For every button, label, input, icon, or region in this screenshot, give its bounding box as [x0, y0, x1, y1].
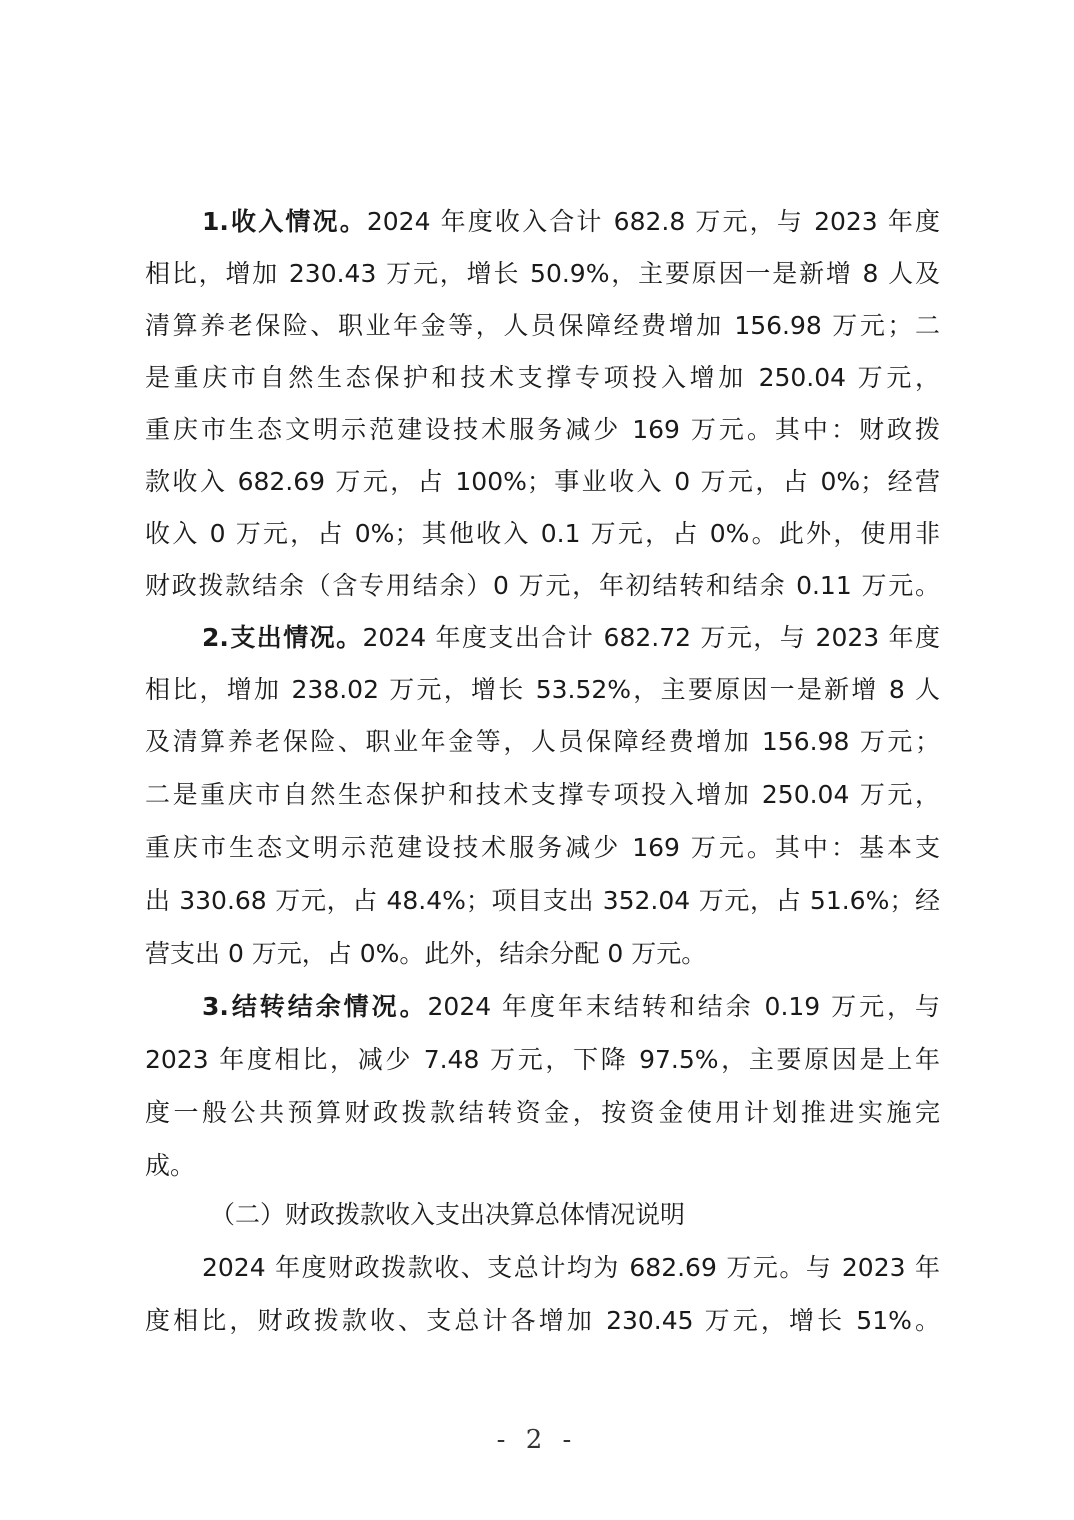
expenditure-paragraph-line-6: 出 330.68 万元，占 48.4%；项目支出 352.04 万元，占 51.…	[145, 881, 940, 921]
income-paragraph-line-8: 财政拨款结余（含专用结余）0 万元，年初结转和结余 0.11 万元。	[145, 566, 940, 606]
expenditure-paragraph-line-4: 二是重庆市自然生态保护和技术支撑专项投入增加 250.04 万元，	[145, 775, 940, 815]
expenditure-paragraph-line-2: 相比，增加 238.02 万元，增长 53.52%，主要原因一是新增 8 人	[145, 670, 940, 710]
carryover-heading: 3.结转结余情况。	[202, 992, 428, 1021]
income-paragraph-line-3: 清算养老保险、职业年金等，人员保障经费增加 156.98 万元；二	[145, 306, 940, 346]
income-paragraph-line-5: 重庆市生态文明示范建设技术服务减少 169 万元。其中：财政拨	[145, 410, 940, 450]
expenditure-paragraph-line-7: 营支出 0 万元，占 0%。此外，结余分配 0 万元。	[145, 934, 940, 974]
page-number: - 2 -	[0, 1425, 1074, 1455]
income-paragraph-line-1: 1.收入情况。2024 年度收入合计 682.8 万元，与 2023 年度	[202, 202, 940, 242]
section-heading: （二）财政拨款收入支出决算总体情况说明	[210, 1195, 685, 1235]
carryover-paragraph-line-1: 3.结转结余情况。2024 年度年末结转和结余 0.19 万元，与	[202, 987, 940, 1027]
income-paragraph-line-7: 收入 0 万元，占 0%；其他收入 0.1 万元，占 0%。此外，使用非	[145, 514, 940, 554]
income-paragraph-line-4: 是重庆市自然生态保护和技术支撑专项投入增加 250.04 万元，	[145, 358, 940, 398]
expenditure-heading: 2.支出情况。	[202, 623, 363, 652]
carryover-paragraph-line-4: 成。	[145, 1146, 940, 1186]
income-paragraph-line-6: 款收入 682.69 万元，占 100%；事业收入 0 万元，占 0%；经营	[145, 462, 940, 502]
income-paragraph-line-2: 相比，增加 230.43 万元，增长 50.9%，主要原因一是新增 8 人及	[145, 254, 940, 294]
expenditure-paragraph-line-3: 及清算养老保险、职业年金等，人员保障经费增加 156.98 万元；	[145, 722, 940, 762]
income-heading: 1.收入情况。	[202, 207, 367, 236]
summary-paragraph-line-1: 2024 年度财政拨款收、支总计均为 682.69 万元。与 2023 年	[202, 1248, 940, 1288]
carryover-paragraph-line-2: 2023 年度相比，减少 7.48 万元，下降 97.5%，主要原因是上年	[145, 1040, 940, 1080]
carryover-text: 2024 年度年末结转和结余 0.19 万元，与	[428, 992, 940, 1021]
income-text: 2024 年度收入合计 682.8 万元，与 2023 年度	[367, 207, 940, 236]
document-page: 1.收入情况。2024 年度收入合计 682.8 万元，与 2023 年度 相比…	[0, 0, 1074, 1520]
carryover-paragraph-line-3: 度一般公共预算财政拨款结转资金，按资金使用计划推进实施完	[145, 1093, 940, 1133]
expenditure-paragraph-line-1: 2.支出情况。2024 年度支出合计 682.72 万元，与 2023 年度	[202, 618, 940, 658]
expenditure-paragraph-line-5: 重庆市生态文明示范建设技术服务减少 169 万元。其中：基本支	[145, 828, 940, 868]
expenditure-text: 2024 年度支出合计 682.72 万元，与 2023 年度	[363, 623, 940, 652]
summary-paragraph-line-2: 度相比，财政拨款收、支总计各增加 230.45 万元，增长 51%。	[145, 1301, 940, 1341]
